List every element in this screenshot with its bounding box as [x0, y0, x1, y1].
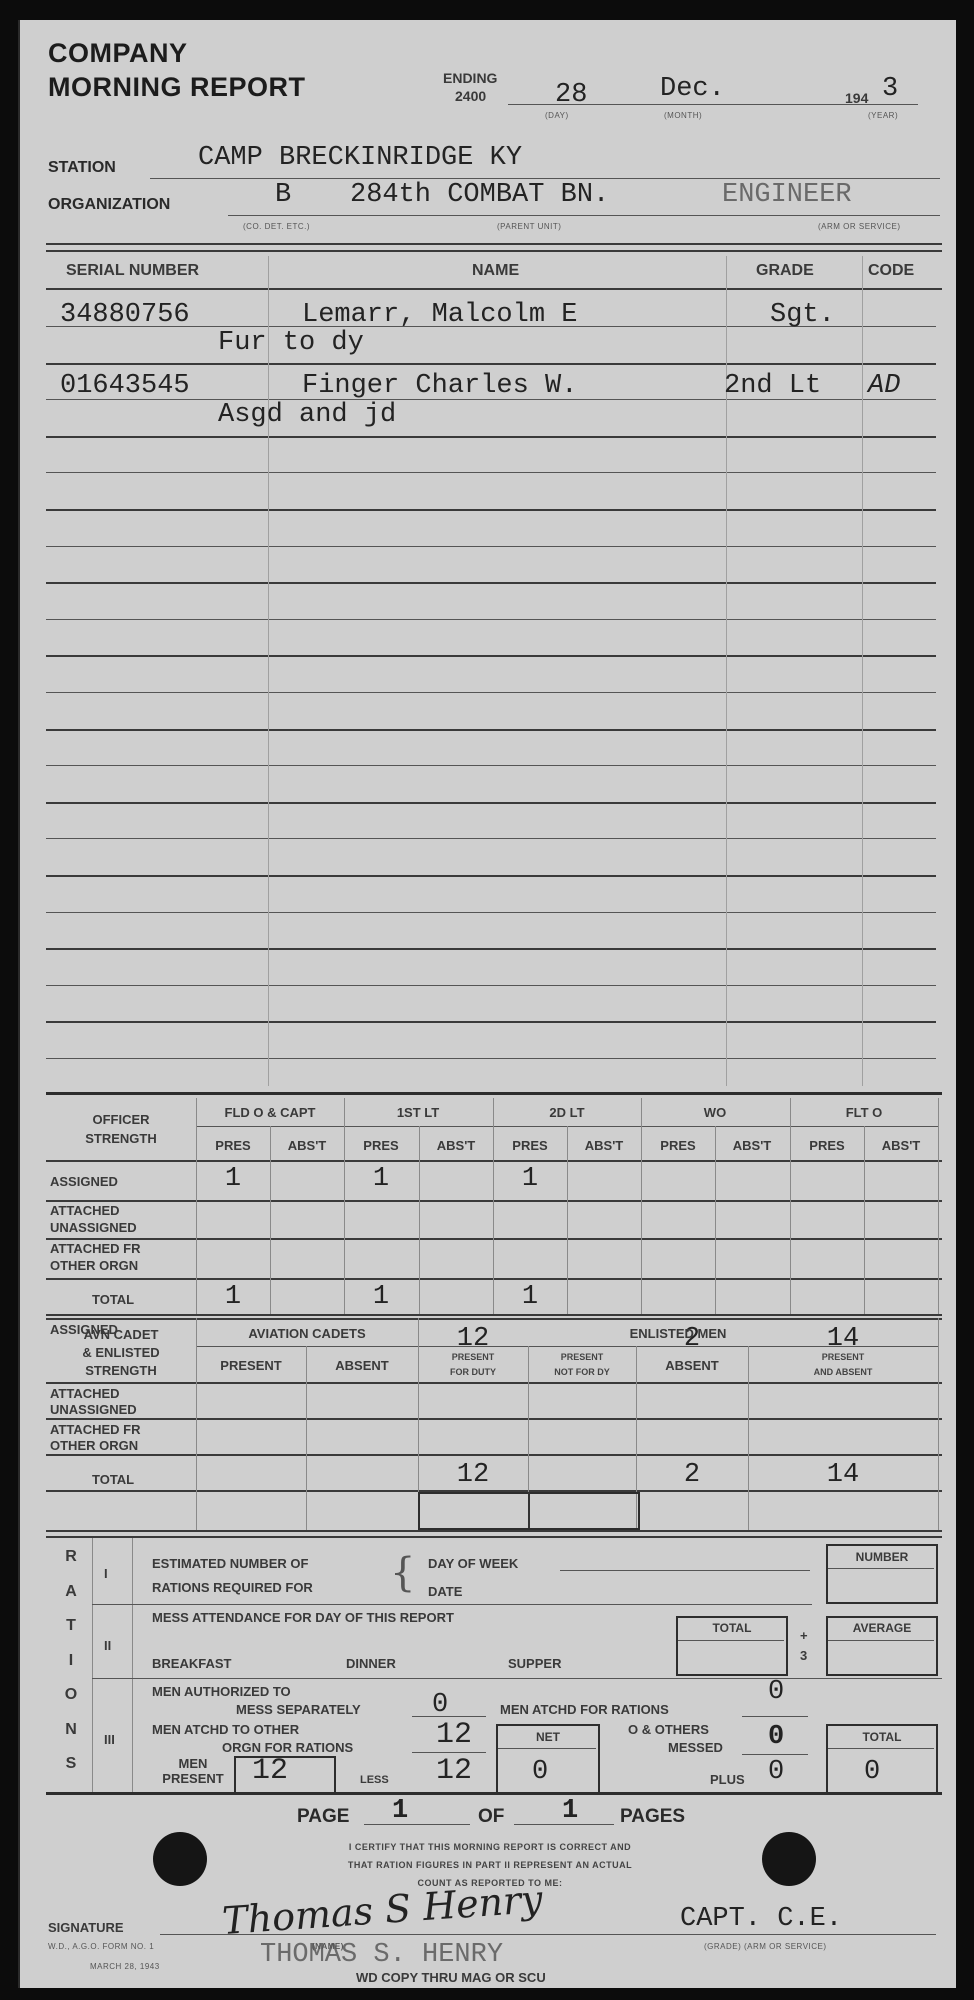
header-code: CODE	[868, 262, 914, 280]
plus-sign: +	[800, 1628, 808, 1643]
grade-caption: (GRADE) (ARM OR SERVICE)	[704, 1942, 827, 1951]
officer-subheader: ABS'T	[419, 1138, 493, 1153]
form-date: MARCH 28, 1943	[90, 1962, 160, 1971]
rations-side-letter: A	[56, 1583, 86, 1601]
enlisted-strength-title: STRENGTH	[46, 1362, 196, 1380]
enlisted-subheader: ABSENT	[306, 1358, 418, 1373]
enlisted-row-label: ATTACHED FR	[50, 1422, 141, 1437]
officer-row-label: ATTACHED FR	[50, 1241, 141, 1256]
ending-label: ENDING	[443, 70, 497, 86]
officer-group-header: 2D LT	[493, 1105, 641, 1120]
others-line2: MESSED	[668, 1740, 723, 1755]
entry-grade: Sgt.	[770, 300, 835, 330]
entry-name: Lemarr, Malcolm E	[302, 300, 577, 330]
plus-value: 0	[768, 1757, 784, 1787]
plus-label: PLUS	[710, 1772, 745, 1787]
brace-icon: {	[390, 1550, 415, 1596]
officer-group-header: 1ST LT	[344, 1105, 492, 1120]
officer-subheader: PRES	[344, 1138, 418, 1153]
enlisted-row-label: ATTACHED	[50, 1386, 120, 1401]
certification-text: I CERTIFY THAT THIS MORNING REPORT IS CO…	[260, 1838, 720, 1856]
part-ii-numeral: II	[104, 1638, 111, 1653]
officer-group-header: WO	[641, 1105, 789, 1120]
header-name: NAME	[472, 262, 519, 280]
other-line2: ORGN FOR RATIONS	[222, 1740, 353, 1755]
enlisted-row-label: TOTAL	[92, 1472, 134, 1487]
others-value: 0	[768, 1722, 784, 1752]
less-value: 12	[436, 1754, 472, 1788]
enlisted-strength-title: & ENLISTED	[46, 1344, 196, 1362]
part-i-line1: ESTIMATED NUMBER OF	[152, 1556, 308, 1571]
form-number: W.D., A.G.O. FORM NO. 1	[48, 1942, 154, 1951]
atchd-rations-label: MEN ATCHD FOR RATIONS	[500, 1702, 669, 1717]
officer-row-label: ATTACHED	[50, 1203, 120, 1218]
rations-total-label: TOTAL	[826, 1730, 938, 1744]
officer-subheader: PRES	[641, 1138, 715, 1153]
year-prefix: 194	[845, 90, 868, 106]
net-value: 0	[532, 1757, 548, 1787]
page-total: 1	[562, 1796, 578, 1826]
page-label: PAGE	[297, 1806, 349, 1828]
rations-side-letter: R	[56, 1548, 86, 1566]
org-company: B	[275, 180, 291, 210]
punch-hole-right	[762, 1832, 816, 1886]
month-caption: (MONTH)	[664, 111, 702, 120]
part-i-line2: RATIONS REQUIRED FOR	[152, 1580, 313, 1595]
officer-cell: 1	[196, 1164, 270, 1194]
header-serial: SERIAL NUMBER	[66, 262, 199, 280]
mess-average-label: AVERAGE	[826, 1621, 938, 1635]
rations-side-letter: O	[56, 1686, 86, 1704]
grade-arm: CAPT. C.E.	[680, 1904, 842, 1934]
enlisted-cell: 14	[748, 1460, 938, 1490]
officer-cell: 1	[344, 1164, 418, 1194]
copy-stamp: WD COPY THRU MAG OR SCU	[356, 1970, 546, 1985]
auth-line2: MESS SEPARATELY	[236, 1702, 361, 1717]
certification-text: THAT RATION FIGURES IN PART II REPRESENT…	[260, 1856, 720, 1874]
org-arm: ENGINEER	[722, 180, 852, 210]
enlisted-subheader: PRESENTAND ABSENT	[748, 1350, 938, 1380]
report-month: Dec.	[660, 74, 725, 104]
enlisted-cell: 2	[636, 1460, 748, 1490]
mess-total-label: TOTAL	[676, 1621, 788, 1635]
officer-subheader: ABS'T	[715, 1138, 789, 1153]
typed-name: THOMAS S. HENRY	[260, 1940, 503, 1970]
entry-serial: 34880756	[60, 300, 190, 330]
other-orgn-value: 12	[436, 1718, 472, 1752]
entry-grade: 2nd Lt	[724, 371, 821, 401]
report-day: 28	[555, 80, 587, 110]
officer-strength-title: STRENGTH	[46, 1129, 196, 1148]
enlisted-strength-title: AVN CADET	[46, 1326, 196, 1344]
entry-serial: 01643545	[60, 371, 190, 401]
divide-by-three: 3	[800, 1648, 807, 1663]
mess-attendance-heading: MESS ATTENDANCE FOR DAY OF THIS REPORT	[152, 1610, 454, 1625]
station-label: STATION	[48, 159, 116, 177]
year-caption: (YEAR)	[868, 111, 898, 120]
part-iii-numeral: III	[104, 1732, 115, 1747]
rations-side-letter: N	[56, 1721, 86, 1739]
page-number: 1	[392, 1796, 408, 1826]
officer-row-label: UNASSIGNED	[50, 1220, 137, 1235]
number-label: NUMBER	[826, 1550, 938, 1564]
rations-side-letter: S	[56, 1755, 86, 1773]
day-of-week-label: DAY OF WEEK	[428, 1556, 518, 1571]
enlisted-subheader: PRESENT	[196, 1358, 306, 1373]
entry-code: AD	[868, 371, 900, 401]
punch-hole-left	[153, 1832, 207, 1886]
entry-name: Finger Charles W.	[302, 371, 577, 401]
organization-label: ORGANIZATION	[48, 196, 170, 214]
parent-caption: (PARENT UNIT)	[497, 222, 561, 231]
entry-remark: Fur to dy	[218, 328, 364, 358]
enlisted-row-label: OTHER ORGN	[50, 1438, 138, 1453]
officer-strength-title: OFFICER	[46, 1110, 196, 1129]
header-grade: GRADE	[756, 262, 814, 280]
form-title-line1: COMPANY	[48, 38, 188, 69]
supper-label: SUPPER	[508, 1656, 561, 1671]
part-i-numeral: I	[104, 1566, 108, 1581]
of-label: OF	[478, 1806, 504, 1828]
report-year: 3	[882, 74, 898, 104]
auth-line1: MEN AUTHORIZED TO	[152, 1684, 291, 1699]
other-line1: MEN ATCHD TO OTHER	[152, 1722, 299, 1737]
officer-row-label: OTHER ORGN	[50, 1258, 138, 1273]
officer-row-label: TOTAL	[92, 1292, 134, 1307]
co-caption: (CO. DET. ETC.)	[243, 222, 310, 231]
officer-subheader: ABS'T	[864, 1138, 938, 1153]
officer-cell: 1	[344, 1282, 418, 1312]
others-line1: O & OTHERS	[628, 1722, 709, 1737]
enlisted-subheader: PRESENTNOT FOR DY	[528, 1350, 636, 1380]
pages-label: PAGES	[620, 1806, 685, 1828]
officer-row-label: ASSIGNED	[50, 1174, 118, 1189]
form-title-line2: MORNING REPORT	[48, 72, 306, 103]
men-present-value: 12	[252, 1754, 288, 1788]
aviation-cadets-header: AVIATION CADETS	[196, 1326, 418, 1341]
officer-subheader: PRES	[196, 1138, 270, 1153]
rations-side-letter: I	[56, 1652, 86, 1670]
org-parent-unit: 284th COMBAT BN.	[350, 180, 609, 210]
officer-group-header: FLD O & CAPT	[196, 1105, 344, 1120]
enlisted-subheader: PRESENTFOR DUTY	[418, 1350, 528, 1380]
rations-total-value: 0	[864, 1757, 880, 1787]
signature-label: SIGNATURE	[48, 1920, 124, 1935]
date-label: DATE	[428, 1584, 462, 1599]
officer-cell: 1	[493, 1282, 567, 1312]
enlisted-men-header: ENLISTED MEN	[418, 1326, 938, 1341]
breakfast-label: BREAKFAST	[152, 1656, 231, 1671]
rations-side-letter: T	[56, 1617, 86, 1635]
less-label: LESS	[360, 1774, 389, 1786]
officer-cell: 1	[493, 1164, 567, 1194]
station-value: CAMP BRECKINRIDGE KY	[198, 143, 522, 173]
ending-time: 2400	[455, 88, 486, 104]
officer-subheader: PRES	[493, 1138, 567, 1153]
name-caption: (NAME)	[312, 1942, 344, 1951]
enlisted-subheader: ABSENT	[636, 1358, 748, 1373]
arm-caption: (ARM OR SERVICE)	[818, 222, 901, 231]
dinner-label: DINNER	[346, 1656, 396, 1671]
entry-remark: Asgd and jd	[218, 400, 396, 430]
enlisted-row-label: UNASSIGNED	[50, 1402, 137, 1417]
net-label: NET	[496, 1730, 600, 1744]
officer-subheader: ABS'T	[270, 1138, 344, 1153]
day-caption: (DAY)	[545, 111, 569, 120]
officer-cell: 1	[196, 1282, 270, 1312]
enlisted-cell: 12	[418, 1460, 528, 1490]
officer-subheader: PRES	[790, 1138, 864, 1153]
officer-subheader: ABS'T	[567, 1138, 641, 1153]
officer-group-header: FLT O	[790, 1105, 938, 1120]
auth-value: 0	[432, 1690, 448, 1720]
atchd-rations-value: 0	[768, 1677, 784, 1707]
